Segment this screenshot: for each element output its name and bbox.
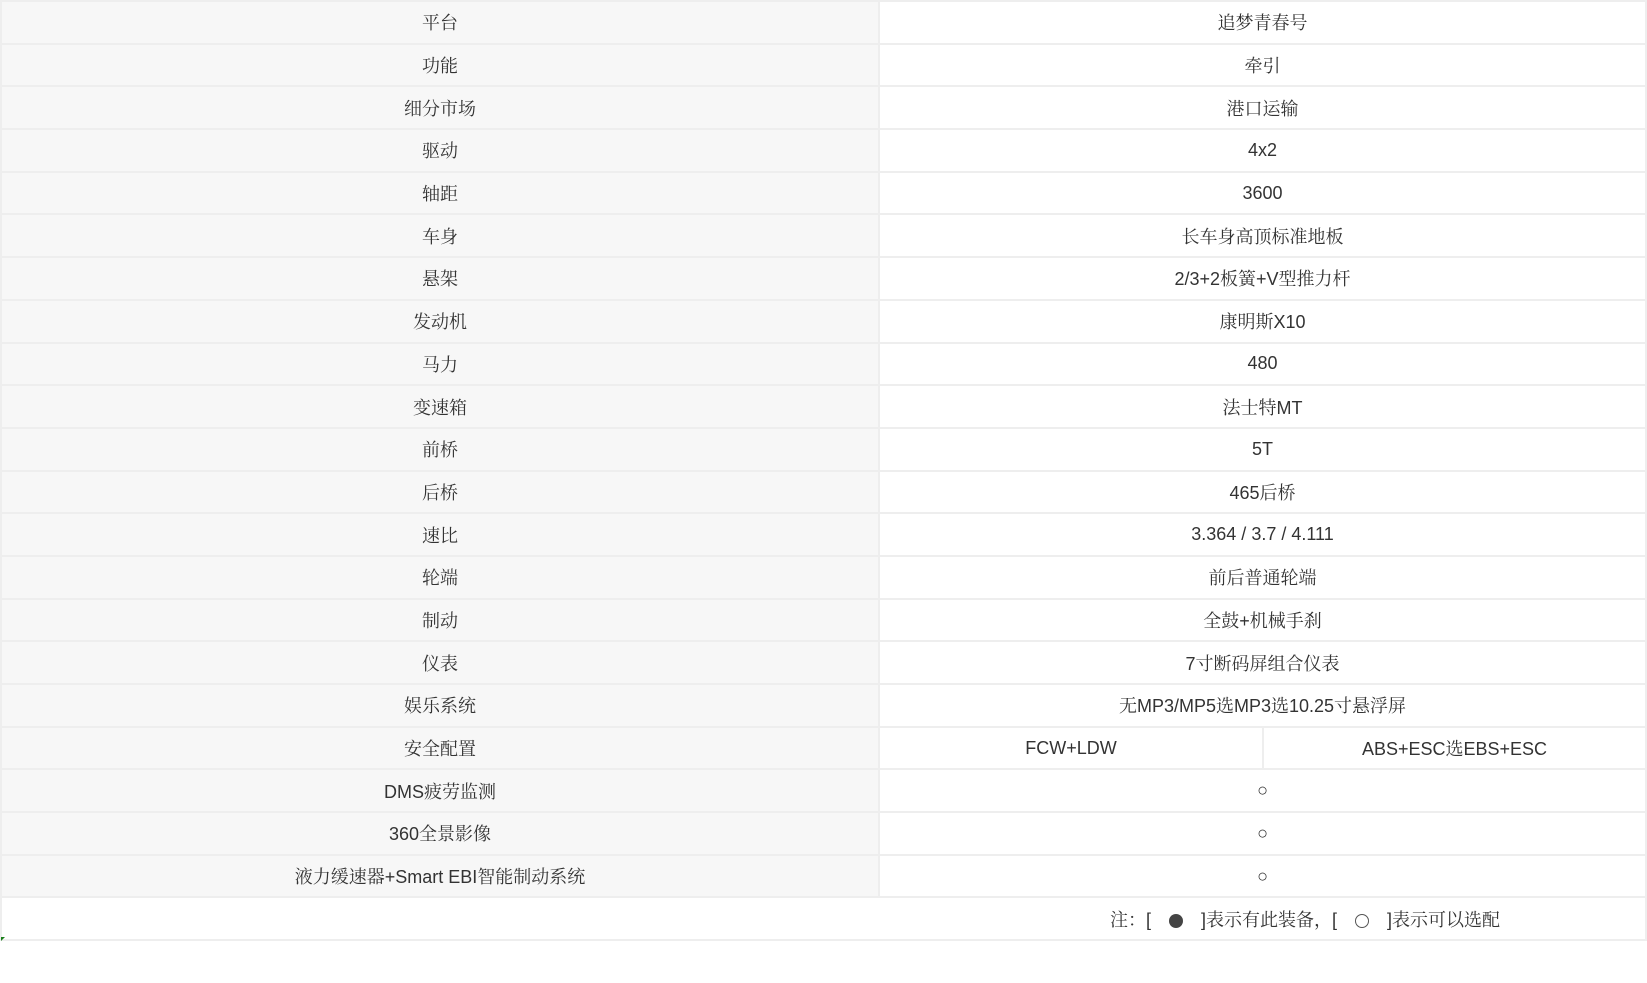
spec-value: 长车身高顶标准地板 <box>879 214 1646 257</box>
table-row: 驱动4x2 <box>1 129 1646 172</box>
optional-circle-icon: ○ <box>879 812 1646 855</box>
spec-label: 安全配置 <box>1 727 879 770</box>
spec-value-option: ABS+ESC选EBS+ESC <box>1263 727 1646 770</box>
optional-circle-icon: ○ <box>879 769 1646 812</box>
empty-circle-icon <box>1355 914 1369 928</box>
table-row: 制动全鼓+机械手刹 <box>1 599 1646 642</box>
table-row: 平台追梦青春号 <box>1 1 1646 44</box>
spec-label: 前桥 <box>1 428 879 471</box>
spec-label: 车身 <box>1 214 879 257</box>
spec-label: 娱乐系统 <box>1 684 879 727</box>
spec-label: 马力 <box>1 343 879 386</box>
spec-label: 平台 <box>1 1 879 44</box>
table-row: 速比3.364 / 3.7 / 4.111 <box>1 513 1646 556</box>
spec-value: 康明斯X10 <box>879 300 1646 343</box>
spec-label: 轮端 <box>1 556 879 599</box>
table-row: 变速箱法士特MT <box>1 385 1646 428</box>
spec-label: 细分市场 <box>1 86 879 129</box>
spec-value: 4x2 <box>879 129 1646 172</box>
corner-marker <box>1 937 5 941</box>
table-row: 悬架2/3+2板簧+V型推力杆 <box>1 257 1646 300</box>
spec-value: 465后桥 <box>879 471 1646 514</box>
table-row: DMS疲劳监测○ <box>1 769 1646 812</box>
spec-label: 360全景影像 <box>1 812 879 855</box>
spec-value: 法士特MT <box>879 385 1646 428</box>
table-row: 轮端前后普通轮端 <box>1 556 1646 599</box>
spec-label: 发动机 <box>1 300 879 343</box>
table-row: 功能牵引 <box>1 44 1646 87</box>
spec-label: 轴距 <box>1 172 879 215</box>
spec-value-standard: FCW+LDW <box>879 727 1263 770</box>
optional-circle-icon: ○ <box>879 855 1646 898</box>
spec-label: 速比 <box>1 513 879 556</box>
spec-value: 港口运输 <box>879 86 1646 129</box>
legend-note-row: 注：[]表示有此装备，[]表示可以选配 <box>1 897 1646 940</box>
table-row: 细分市场港口运输 <box>1 86 1646 129</box>
table-row: 轴距3600 <box>1 172 1646 215</box>
table-row: 后桥465后桥 <box>1 471 1646 514</box>
spec-value: 480 <box>879 343 1646 386</box>
note-optional-meaning: ]表示可以选配 <box>1387 910 1500 930</box>
table-row: 娱乐系统无MP3/MP5选MP3选10.25寸悬浮屏 <box>1 684 1646 727</box>
spec-table: 平台追梦青春号 功能牵引 细分市场港口运输 驱动4x2 轴距3600 车身长车身… <box>0 0 1647 941</box>
spec-label: 仪表 <box>1 641 879 684</box>
table-row: 液力缓速器+Smart EBI智能制动系统○ <box>1 855 1646 898</box>
table-row-safety: 安全配置 FCW+LDW ABS+ESC选EBS+ESC <box>1 727 1646 770</box>
note-prefix: 注：[ <box>1110 910 1151 930</box>
table-row: 发动机康明斯X10 <box>1 300 1646 343</box>
table-row: 车身长车身高顶标准地板 <box>1 214 1646 257</box>
filled-circle-icon <box>1169 914 1183 928</box>
spec-label: 悬架 <box>1 257 879 300</box>
spec-value: 7寸断码屏组合仪表 <box>879 641 1646 684</box>
spec-value: 牵引 <box>879 44 1646 87</box>
spec-value: 5T <box>879 428 1646 471</box>
spec-value: 追梦青春号 <box>879 1 1646 44</box>
table-row: 仪表7寸断码屏组合仪表 <box>1 641 1646 684</box>
spec-value: 前后普通轮端 <box>879 556 1646 599</box>
spec-value: 全鼓+机械手刹 <box>879 599 1646 642</box>
spec-label: 变速箱 <box>1 385 879 428</box>
spec-label: 制动 <box>1 599 879 642</box>
spec-value: 3600 <box>879 172 1646 215</box>
spec-value: 3.364 / 3.7 / 4.111 <box>879 513 1646 556</box>
spec-value: 无MP3/MP5选MP3选10.25寸悬浮屏 <box>879 684 1646 727</box>
table-row: 360全景影像○ <box>1 812 1646 855</box>
table-row: 马力480 <box>1 343 1646 386</box>
table-row: 前桥5T <box>1 428 1646 471</box>
spec-value: 2/3+2板簧+V型推力杆 <box>879 257 1646 300</box>
note-standard-meaning: ]表示有此装备，[ <box>1201 910 1337 930</box>
spec-label: 功能 <box>1 44 879 87</box>
spec-label: 后桥 <box>1 471 879 514</box>
spec-label: 驱动 <box>1 129 879 172</box>
legend-note: 注：[]表示有此装备，[]表示可以选配 <box>1 897 1646 940</box>
spec-label: DMS疲劳监测 <box>1 769 879 812</box>
spec-label: 液力缓速器+Smart EBI智能制动系统 <box>1 855 879 898</box>
